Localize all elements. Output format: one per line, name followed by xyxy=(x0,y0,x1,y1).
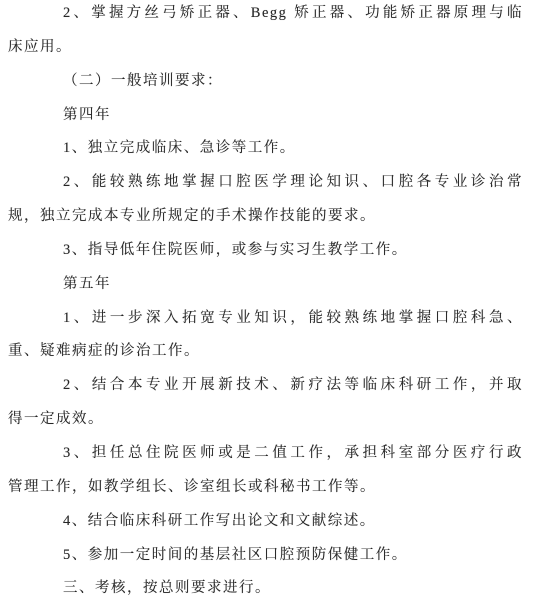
text-line: 2、掌握方丝弓矫正器、Begg 矫正器、功能矫正器原理与临 xyxy=(8,0,523,31)
text-block: 2、掌握方丝弓矫正器、Begg 矫正器、功能矫正器原理与临床应用。（二）一般培训… xyxy=(8,0,523,604)
text-line: 第五年 xyxy=(8,268,523,302)
text-line: （二）一般培训要求： xyxy=(8,65,523,99)
text-line: 1、进一步深入拓宽专业知识，能较熟练地掌握口腔科急、 xyxy=(8,302,523,336)
text-line: 得一定成效。 xyxy=(8,403,523,437)
text-line: 管理工作，如教学组长、诊室组长或科秘书工作等。 xyxy=(8,471,523,505)
text-line: 三、考核，按总则要求进行。 xyxy=(8,572,523,604)
text-line: 2、结合本专业开展新技术、新疗法等临床科研工作，并取 xyxy=(8,369,523,403)
text-line: 重、疑难病症的诊治工作。 xyxy=(8,335,523,369)
text-line: 3、指导低年住院医师，或参与实习生教学工作。 xyxy=(8,234,523,268)
text-line: 床应用。 xyxy=(8,31,523,65)
text-line: 1、独立完成临床、急诊等工作。 xyxy=(8,132,523,166)
text-line: 5、参加一定时间的基层社区口腔预防保健工作。 xyxy=(8,539,523,573)
text-line: 规，独立完成本专业所规定的手术操作技能的要求。 xyxy=(8,200,523,234)
text-line: 3、担任总住院医师或是二值工作，承担科室部分医疗行政 xyxy=(8,437,523,471)
text-line: 4、结合临床科研工作写出论文和文献综述。 xyxy=(8,505,523,539)
text-line: 第四年 xyxy=(8,99,523,133)
text-line: 2、能较熟练地掌握口腔医学理论知识、口腔各专业诊治常 xyxy=(8,166,523,200)
document-page: 2、掌握方丝弓矫正器、Begg 矫正器、功能矫正器原理与临床应用。（二）一般培训… xyxy=(0,0,560,604)
